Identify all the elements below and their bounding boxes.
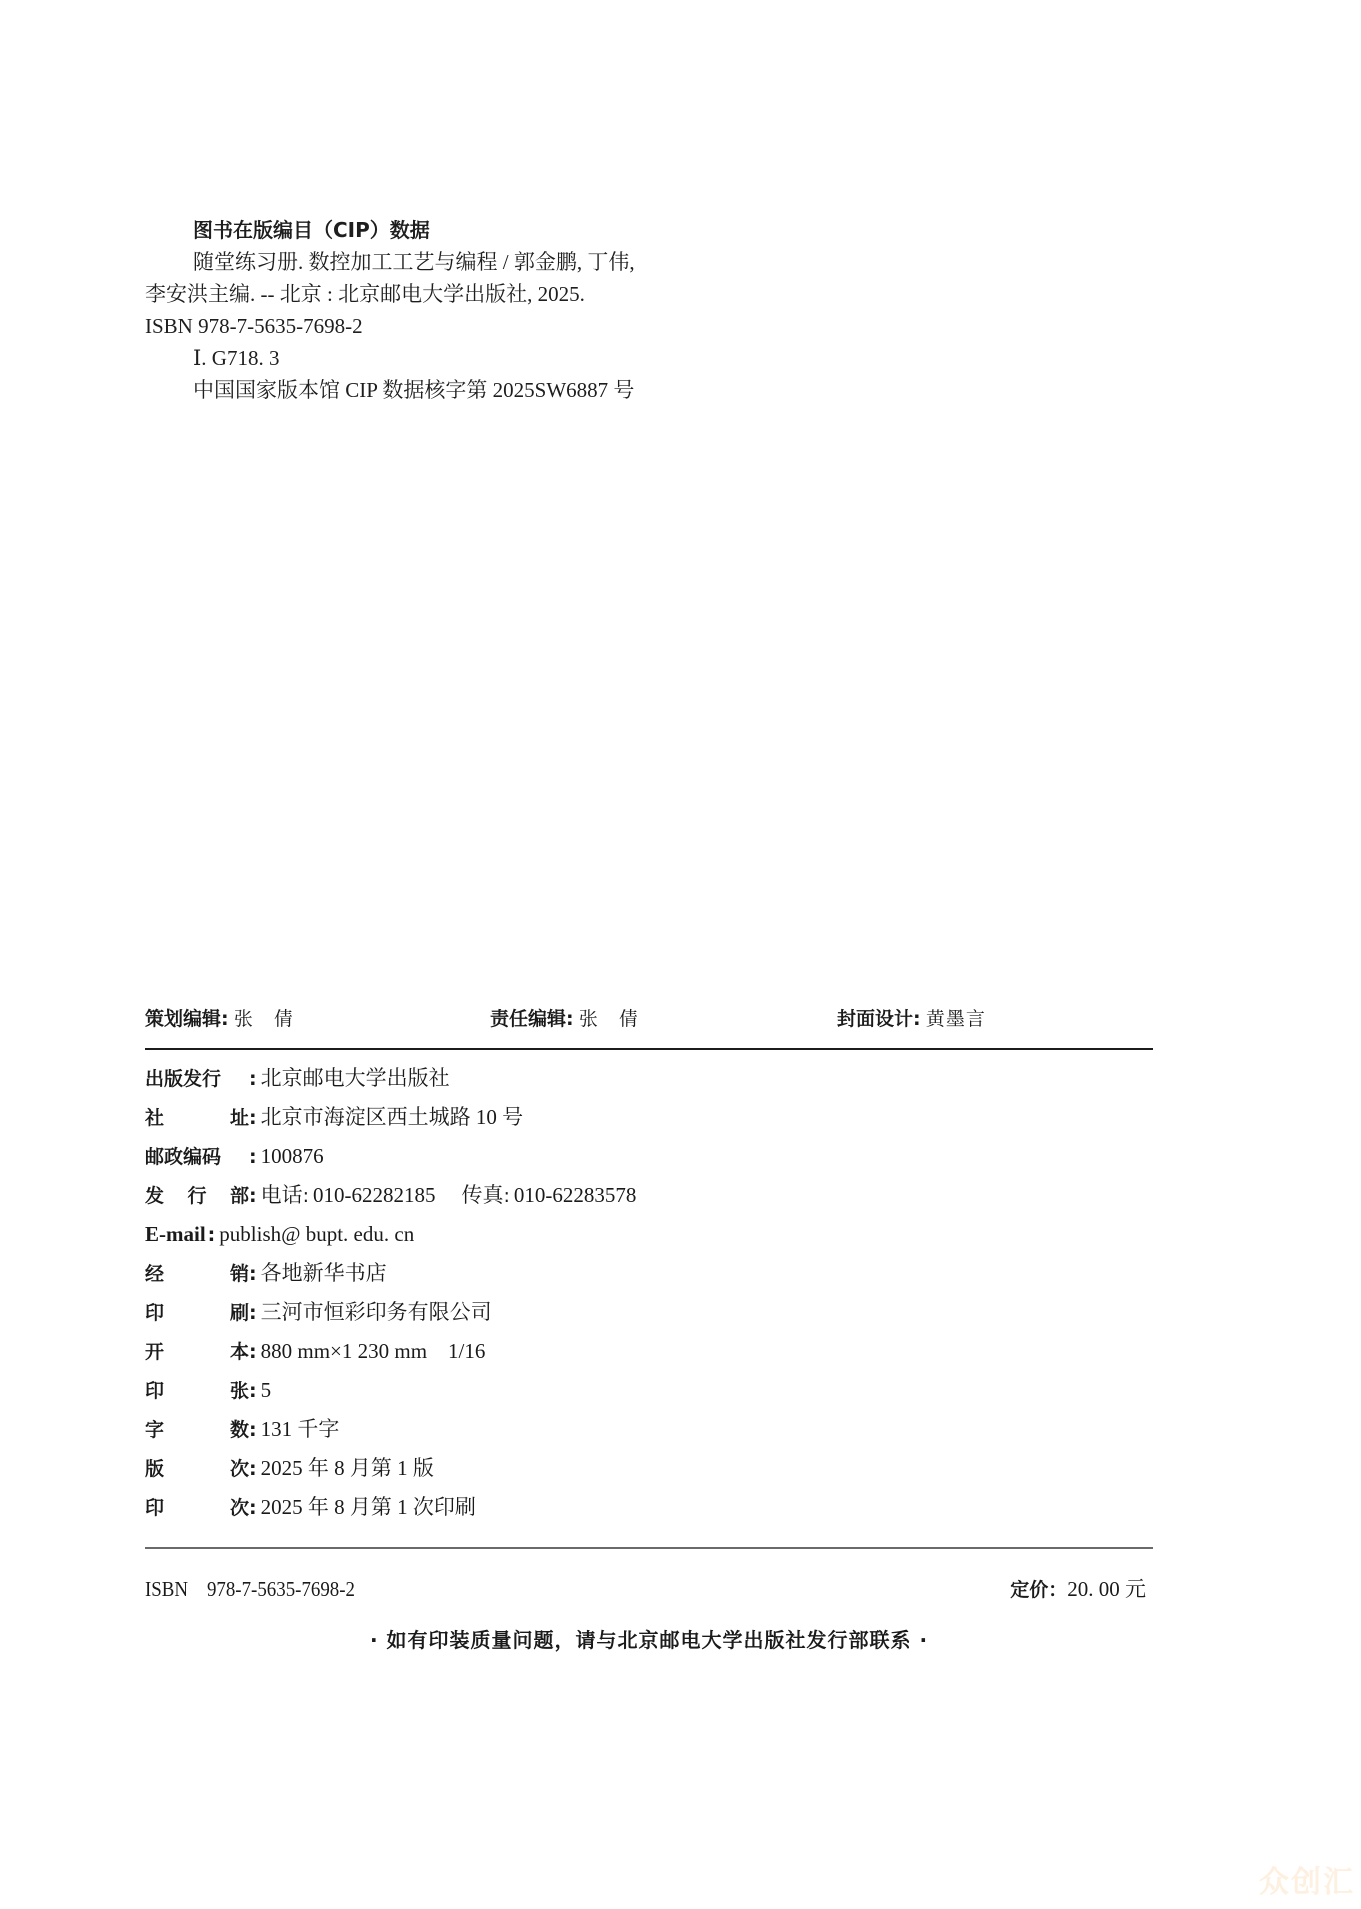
cip-book-title-line: 随堂练习册. 数控加工工艺与编程 / 郭金鹏, 丁伟, [193, 250, 635, 274]
info-value: 三河市恒彩印务有限公司 [261, 1297, 492, 1327]
divider-bottom [145, 1547, 1153, 1549]
info-row-postcode: 邮政编码: 100876 [145, 1141, 324, 1171]
info-label: 发行部 [145, 1181, 249, 1211]
credit-label: 封面设计 [837, 1008, 913, 1030]
credit-value: 张 倩 [579, 1008, 639, 1030]
info-label: 印张 [145, 1376, 249, 1406]
credit-value: 张 倩 [234, 1008, 294, 1030]
phone-number: 010-62282185 [313, 1180, 436, 1210]
divider-top [145, 1048, 1153, 1050]
info-label: 出版发行 [145, 1064, 249, 1094]
credit-label: 策划编辑 [145, 1008, 221, 1030]
info-value: 5 [261, 1375, 272, 1405]
info-label: 版次 [145, 1454, 249, 1484]
phone-label: 电话 [261, 1180, 303, 1210]
price: 定价：20. 00 元 [1010, 1573, 1146, 1603]
watermark-logo: 众创汇 [1259, 1857, 1355, 1901]
credit-value: 黄墨言 [926, 1008, 986, 1030]
info-label: E-mail [145, 1219, 206, 1249]
info-row-format: 开本: 880 mm×1 230 mm 1/16 [145, 1336, 485, 1366]
email-address: publish@ bupt. edu. cn [219, 1219, 414, 1249]
info-label: 经销 [145, 1259, 249, 1289]
fax-number: 010-62283578 [514, 1180, 637, 1210]
cip-editors-publisher-line: 李安洪主编. -- 北京 : 北京邮电大学出版社, 2025. [145, 282, 585, 306]
info-value: 各地新华书店 [261, 1258, 387, 1288]
info-label: 印次 [145, 1493, 249, 1523]
info-row-word-count: 字数: 131 千字 [145, 1414, 339, 1444]
cip-classification-line: Ⅰ. G718. 3 [193, 346, 279, 370]
info-value: 880 mm×1 230 mm 1/16 [261, 1336, 486, 1366]
cip-isbn-line: ISBN 978-7-5635-7698-2 [145, 314, 363, 338]
info-row-sheets: 印张: 5 [145, 1375, 271, 1405]
info-label: 字数 [145, 1415, 249, 1445]
credit-planning-editor: 策划编辑: 张 倩 [145, 1005, 294, 1032]
credit-cover-design: 封面设计: 黄墨言 [837, 1005, 986, 1032]
info-value: 北京邮电大学出版社 [261, 1063, 450, 1093]
info-value: 2025 年 8 月第 1 次印刷 [261, 1492, 476, 1522]
fax-label: 传真 [462, 1180, 504, 1210]
info-value: 131 千字 [261, 1414, 340, 1444]
info-value: 2025 年 8 月第 1 版 [261, 1453, 434, 1483]
quality-notice: · 如有印装质量问题，请与北京邮电大学出版社发行部联系 · [145, 1624, 1153, 1653]
info-label: 印刷 [145, 1298, 249, 1328]
info-row-address: 社址: 北京市海淀区西土城路 10 号 [145, 1102, 523, 1132]
info-row-distributor: 经销: 各地新华书店 [145, 1258, 387, 1288]
info-value: 100876 [261, 1141, 324, 1171]
cip-title: 图书在版编目（CIP）数据 [193, 218, 430, 242]
credit-responsible-editor: 责任编辑: 张 倩 [490, 1005, 639, 1032]
info-row-edition: 版次: 2025 年 8 月第 1 版 [145, 1453, 434, 1483]
info-label: 社址 [145, 1103, 249, 1133]
info-label: 邮政编码 [145, 1142, 249, 1172]
info-label: 开本 [145, 1337, 249, 1367]
info-row-email: E-mail: publish@ bupt. edu. cn [145, 1219, 414, 1249]
info-value: 北京市海淀区西土城路 10 号 [261, 1102, 524, 1132]
footer-isbn: ISBN 978-7-5635-7698-2 [145, 1573, 355, 1603]
price-label: 定价： [1010, 1579, 1067, 1601]
info-row-printing: 印次: 2025 年 8 月第 1 次印刷 [145, 1492, 476, 1522]
cip-record-number-line: 中国国家版本馆 CIP 数据核字第 2025SW6887 号 [193, 378, 634, 402]
info-row-publisher: 出版发行: 北京邮电大学出版社 [145, 1063, 450, 1093]
info-row-distribution-dept: 发行部: 电话: 010-62282185 传真: 010-62283578 [145, 1180, 636, 1210]
price-value: 20. 00 元 [1067, 1577, 1146, 1601]
info-row-printer: 印刷: 三河市恒彩印务有限公司 [145, 1297, 492, 1327]
credit-label: 责任编辑 [490, 1008, 566, 1030]
